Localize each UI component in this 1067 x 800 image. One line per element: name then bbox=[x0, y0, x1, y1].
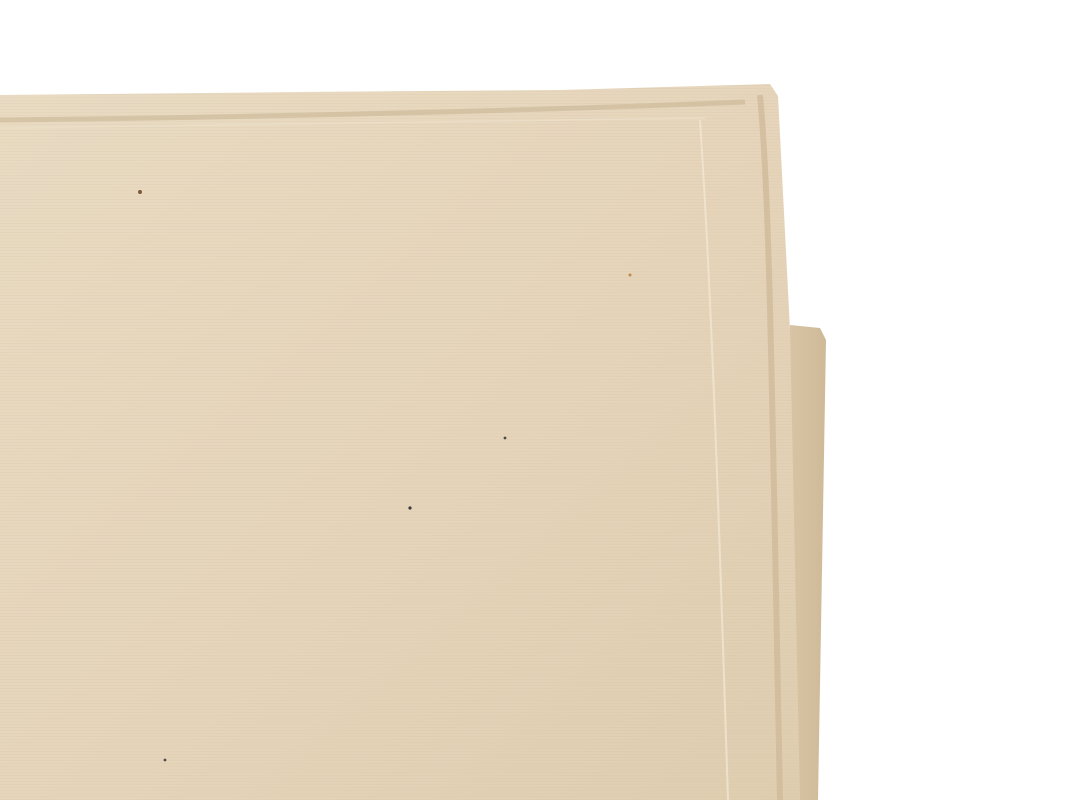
fabric-photo bbox=[0, 0, 1067, 800]
